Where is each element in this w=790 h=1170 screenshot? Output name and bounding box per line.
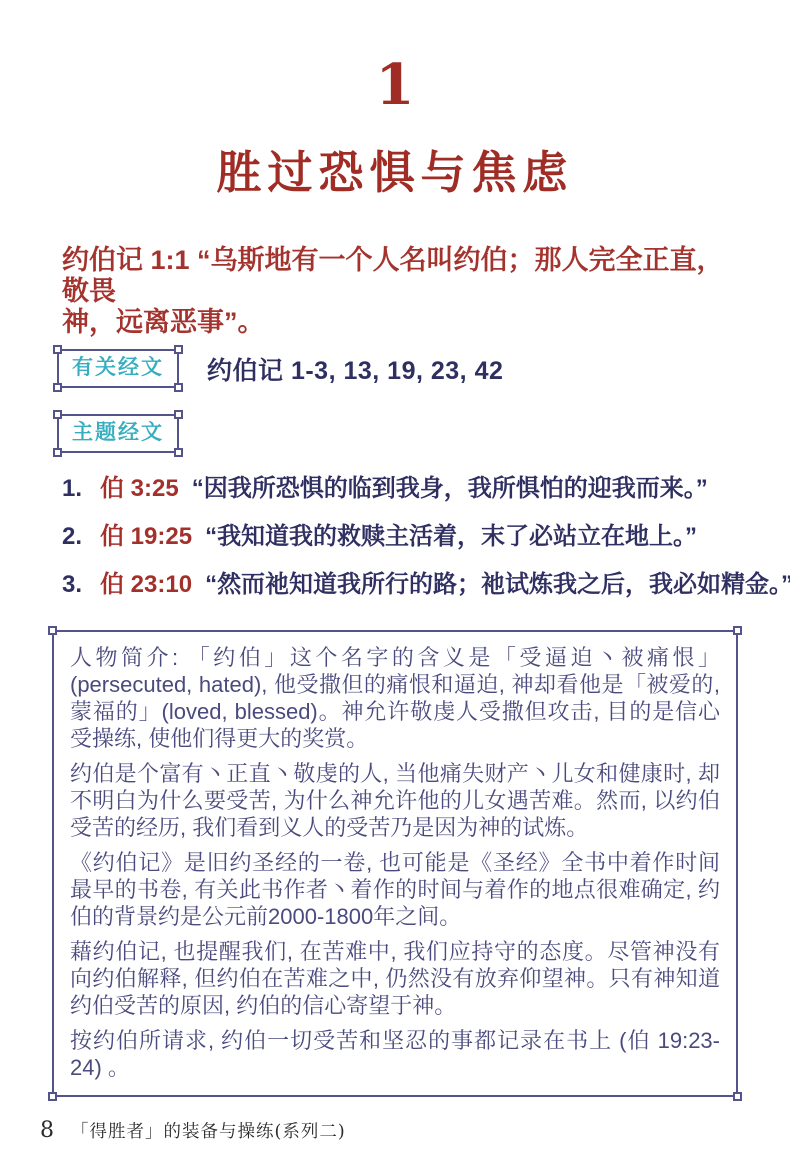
related-scriptures-references: 约伯记 1-3, 13, 19, 23, 42 [207,351,503,387]
profile-paragraph: 约伯是个富有丶正直丶敬虔的人, 当他痛失财产丶儿女和健康时, 却不明白为什么要受… [70,760,720,841]
theme-verse-item: 2. 伯 19:25 “我知道我的救赎主活着，末了必站立在地上。” [62,524,752,549]
opening-verse: 约伯记 1:1 “乌斯地有一个人名叫约伯；那人完全正直，敬畏 神，远离恶事”。 [62,245,742,338]
frame-corner-ornament [174,410,183,419]
verse-quote: “我知道我的救赎主活着，末了必站立在地上。” [205,524,697,549]
profile-paragraph: 藉约伯记, 也提醒我们, 在苦难中, 我们应持守的态度。尽管神没有向约伯解释, … [70,938,720,1019]
theme-verse-item: 3. 伯 23:10 “然而祂知道我所行的路；祂试炼我之后，我必如精金。” [62,572,752,597]
frame-corner-ornament [48,1092,57,1101]
frame-corner-ornament [174,345,183,354]
frame-corner-ornament [53,410,62,419]
character-profile-box: 人物简介: 「约伯」这个名字的含义是「受逼迫丶被痛恨」(persecuted, … [52,630,738,1097]
frame-corner-ornament [174,383,183,392]
frame-corner-ornament [48,626,57,635]
book-title: 「得胜者」的装备与操练(系列二) [71,1118,346,1143]
verse-number: 2. [62,524,100,549]
related-scriptures-row: 有关经文 约伯记 1-3, 13, 19, 23, 42 [57,349,503,388]
verse-reference: 伯 19:25 [100,524,192,549]
related-scriptures-tag: 有关经文 [57,349,179,388]
verse-number: 1. [62,476,100,501]
page-footer: 8 「得胜者」的装备与操练(系列二) [40,1118,346,1143]
verse-reference: 伯 23:10 [100,572,192,597]
chapter-title: 胜过恐惧与焦虑 [0,136,790,201]
book-page: 1 胜过恐惧与焦虑 约伯记 1:1 “乌斯地有一个人名叫约伯；那人完全正直，敬畏… [0,0,790,1170]
profile-paragraph: 按约伯所请求, 约伯一切受苦和坚忍的事都记录在书上 (伯 19:23-24) 。 [70,1027,720,1081]
profile-paragraph: 《约伯记》是旧约圣经的一卷, 也可能是《圣经》全书中着作时间最早的书卷, 有关此… [70,849,720,930]
verse-quote: “然而祂知道我所行的路；祂试炼我之后，我必如精金。” [205,572,790,597]
verse-quote: “因我所恐惧的临到我身，我所惧怕的迎我而来。” [192,476,708,501]
frame-corner-ornament [53,345,62,354]
related-scriptures-label: 有关经文 [72,356,164,379]
profile-paragraph: 人物简介: 「约伯」这个名字的含义是「受逼迫丶被痛恨」(persecuted, … [70,644,720,752]
frame-corner-ornament [733,1092,742,1101]
frame-corner-ornament [53,383,62,392]
theme-scriptures-label: 主题经文 [72,421,164,444]
frame-corner-ornament [53,448,62,457]
verse-reference: 伯 3:25 [100,476,179,501]
theme-verse-list: 1. 伯 3:25 “因我所恐惧的临到我身，我所惧怕的迎我而来。” 2. 伯 1… [62,476,752,620]
verse-number: 3. [62,572,100,597]
theme-scriptures-row: 主题经文 [57,414,179,453]
chapter-number: 1 [0,55,790,117]
frame-corner-ornament [174,448,183,457]
theme-verse-item: 1. 伯 3:25 “因我所恐惧的临到我身，我所惧怕的迎我而来。” [62,476,752,501]
theme-scriptures-tag: 主题经文 [57,414,179,453]
page-number: 8 [40,1118,54,1143]
frame-corner-ornament [733,626,742,635]
